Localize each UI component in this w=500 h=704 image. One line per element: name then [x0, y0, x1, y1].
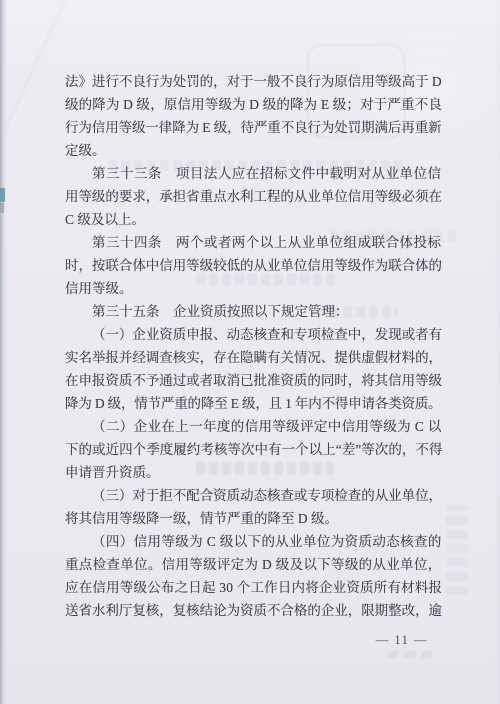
text-line: （三）对于拒不配合资质动态核查或专项检查的从业单位，	[65, 484, 442, 507]
text-line: 信用等级。	[65, 277, 442, 300]
text-line: 级的降为 D 级，原信用等级为 D 级的降为 E 级；对于严重不良	[65, 93, 442, 116]
paragraph: （四）信用等级为 C 级以下的从业单位为资质动态核查的重点检查单位。信用等级评定…	[65, 530, 442, 622]
text-line: 定级。	[65, 139, 442, 162]
text-line: 实名举报并经调查核实，存在隐瞒有关情况、提供虚假材料的，	[65, 346, 442, 369]
paragraph: （三）对于拒不配合资质动态核查或专项检查的从业单位，将其信用等级降一级，情节严重…	[65, 484, 442, 530]
edge-mark	[0, 188, 5, 202]
bleed-through-artifact	[388, 651, 432, 658]
scanned-document-page: 法》进行不良行为处罚的，对于一般不良行为原信用等级高于 D级的降为 D 级，原信…	[0, 0, 500, 704]
scanner-edge	[0, 0, 7, 704]
text-line: 行为信用等级一律降为 E 级，待严重不良行为处罚期满后再重新	[65, 116, 442, 139]
text-line: 用等级的要求，承担省重点水利工程的从业单位信用等级必须在	[65, 185, 442, 208]
text-line: 降为 D 级，情节严重的降至 E 级，且 1 年内不得申请各类资质。	[65, 392, 442, 415]
paragraph: （一）企业资质申报、动态核查和专项检查中，发现或者有实名举报并经调查核实，存在隐…	[65, 323, 442, 415]
text-line: （四）信用等级为 C 级以下的从业单位为资质动态核查的	[65, 530, 442, 553]
edge-mark	[0, 203, 4, 213]
text-line: 时，按联合体中信用等级较低的从业单位信用等级作为联合体的	[65, 254, 442, 277]
text-line: 重点检查单位。信用等级评定为 D 级及以下等级的从业单位，	[65, 553, 442, 576]
text-line: 应在信用等级公布之日起 30 个工作日内将企业资质所有材料报	[65, 576, 442, 599]
text-line: 法》进行不良行为处罚的，对于一般不良行为原信用等级高于 D	[65, 70, 442, 93]
text-line: C 级及以上。	[65, 208, 442, 231]
text-line: （二）企业在上一年度的信用等级评定中信用等级为 C 以	[65, 415, 442, 438]
text-line: 下的或近四个季度履约考核等次中有一个以上“差”等次的，不得	[65, 438, 442, 461]
paragraph: 第三十五条 企业资质按照以下规定管理：	[65, 300, 442, 323]
text-line: 第三十三条 项目法人应在招标文件中载明对从业单位信	[65, 162, 442, 185]
bleed-through-artifact	[446, 505, 468, 595]
paragraph: 第三十四条 两个或者两个以上从业单位组成联合体投标时，按联合体中信用等级较低的从…	[65, 231, 442, 300]
paragraph: 第三十三条 项目法人应在招标文件中载明对从业单位信用等级的要求，承担省重点水利工…	[65, 162, 442, 231]
text-line: 将其信用等级降一级，情节严重的降至 D 级。	[65, 507, 442, 530]
paragraph: 法》进行不良行为处罚的，对于一般不良行为原信用等级高于 D级的降为 D 级，原信…	[65, 70, 442, 162]
text-line: 在申报资质不予通过或者取消已批准资质的同时，将其信用等级	[65, 369, 442, 392]
text-line: （一）企业资质申报、动态核查和专项检查中，发现或者有	[65, 323, 442, 346]
paragraph: （二）企业在上一年度的信用等级评定中信用等级为 C 以下的或近四个季度履约考核等…	[65, 415, 442, 484]
text-line: 第三十四条 两个或者两个以上从业单位组成联合体投标	[65, 231, 442, 254]
text-line: 申请晋升资质。	[65, 461, 442, 484]
text-block: 法》进行不良行为处罚的，对于一般不良行为原信用等级高于 D级的降为 D 级，原信…	[65, 70, 442, 622]
text-line: 送省水利厅复核，复核结论为资质不合格的企业，限期整改，逾	[65, 599, 442, 622]
text-line: 第三十五条 企业资质按照以下规定管理：	[65, 300, 442, 323]
page-number: — 11 —	[376, 633, 428, 648]
